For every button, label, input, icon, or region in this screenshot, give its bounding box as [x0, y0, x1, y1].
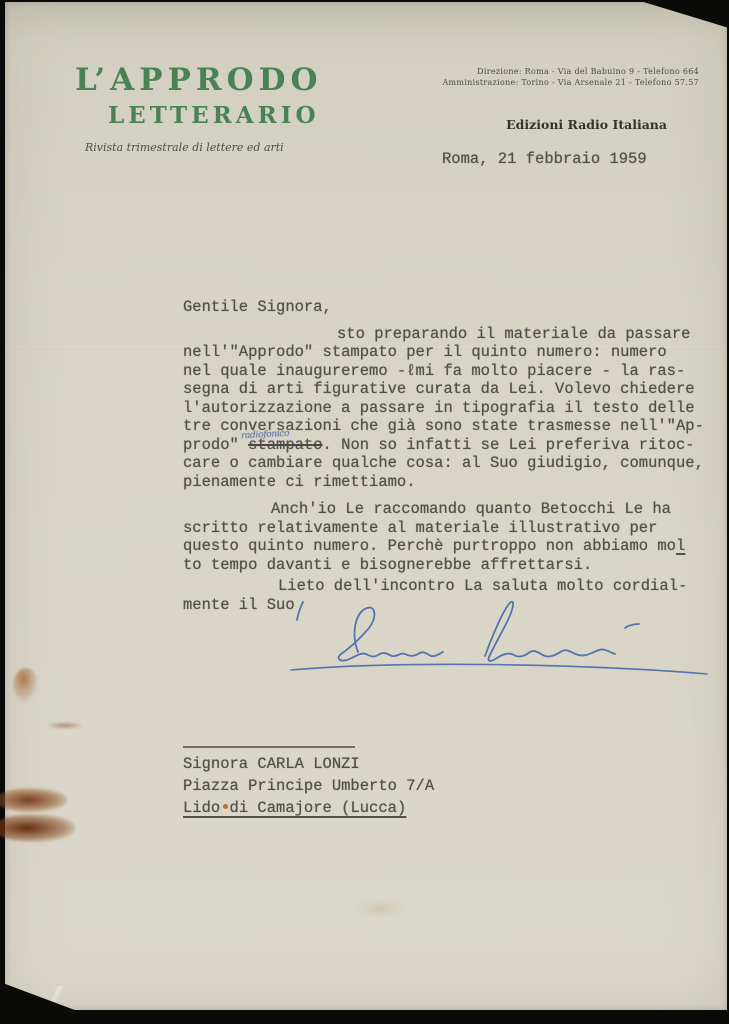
ink-tick — [297, 602, 303, 620]
publisher-name: Edizioni Radio Italiana — [506, 117, 667, 132]
letter-body: Gentile Signora, sto preparando il mater… — [183, 298, 703, 614]
recipient-address: Signora CARLA LONZI Piazza Principe Umbe… — [183, 746, 434, 819]
letter-page: L’APPRODO LETTERARIO Rivista trimestrale… — [5, 2, 727, 1010]
ink-dot — [223, 804, 228, 809]
recipient-name: Signora CARLA LONZI — [183, 753, 434, 775]
body-line: sto preparando il materiale da passare — [183, 325, 703, 344]
body-line-with-correction: prodo" stampatoradiofonico. Non so infat… — [183, 436, 703, 455]
body-line: Lieto dell'incontro La saluta molto cord… — [183, 577, 703, 596]
signature: Leone Piccioni — [273, 594, 713, 678]
magazine-subtitle: Rivista trimestrale di lettere ed arti — [85, 141, 284, 154]
salutation: Gentile Signora, — [183, 298, 703, 317]
rust-stain — [13, 668, 39, 704]
handwritten-correction: radiofonico — [241, 424, 290, 445]
rust-smudge — [0, 814, 75, 842]
body-line: nell'"Approdo" stampato per il quinto nu… — [183, 343, 703, 362]
body-line-with-underline: questo quinto numero. Perchè purtroppo n… — [183, 537, 703, 556]
body-line: l'autorizzazione a passare in tipografia… — [183, 399, 703, 418]
body-line: care o cambiare qualche cosa: al Suo giu… — [183, 454, 703, 473]
body-line: to tempo davanti e bisognerebbe affretta… — [183, 556, 703, 575]
recipient-city: Lido di Camajore (Lucca) — [183, 797, 434, 819]
faint-stain — [357, 900, 403, 918]
rust-scratch — [47, 722, 83, 729]
magazine-title-line2: LETTERARIO — [108, 102, 320, 129]
magazine-title: L’APPRODO — [75, 62, 322, 98]
paragraph-1: sto preparando il materiale da passare n… — [183, 325, 703, 492]
body-line: segna di arti figurative curata da Lei. … — [183, 380, 703, 399]
body-text: prodo" — [183, 436, 248, 454]
paper-crease — [5, 690, 727, 692]
signature-underline — [291, 664, 707, 674]
letterhead-contact-block: Direzione: Roma - Via del Babuino 9 - Te… — [442, 66, 699, 88]
body-text: questo quinto numero. Perchè purtroppo n… — [183, 537, 676, 555]
body-line: pienamente ci rimettiamo. — [183, 473, 703, 492]
body-text: . Non so infatti se Lei preferiva ritoc- — [323, 436, 695, 454]
administration-address: Amministrazione: Torino - Via Arsenale 2… — [442, 77, 699, 88]
body-line: scritto relativamente al materiale illus… — [183, 519, 703, 538]
typed-rule — [183, 746, 355, 748]
paragraph-2: Anch'io Le raccomando quanto Betocchi Le… — [183, 500, 703, 574]
dateline: Roma, 21 febbraio 1959 — [442, 150, 647, 168]
underlined-letter: l — [676, 537, 685, 555]
rust-smudge — [0, 788, 67, 812]
signature-first-name — [339, 608, 443, 661]
city-text: Lido — [183, 799, 220, 817]
recipient-street: Piazza Principe Umberto 7/A — [183, 775, 434, 797]
scanned-letter: L’APPRODO LETTERARIO Rivista trimestrale… — [0, 0, 729, 1024]
signature-accent — [625, 624, 639, 628]
signature-last-name — [485, 602, 615, 661]
direction-address: Direzione: Roma - Via del Babuino 9 - Te… — [442, 66, 699, 77]
city-text: di Camajore (Lucca) — [220, 799, 406, 817]
body-line: nel quale inaugureremo -ℓmi fa molto pia… — [183, 362, 703, 381]
body-line: Anch'io Le raccomando quanto Betocchi Le… — [183, 500, 703, 519]
